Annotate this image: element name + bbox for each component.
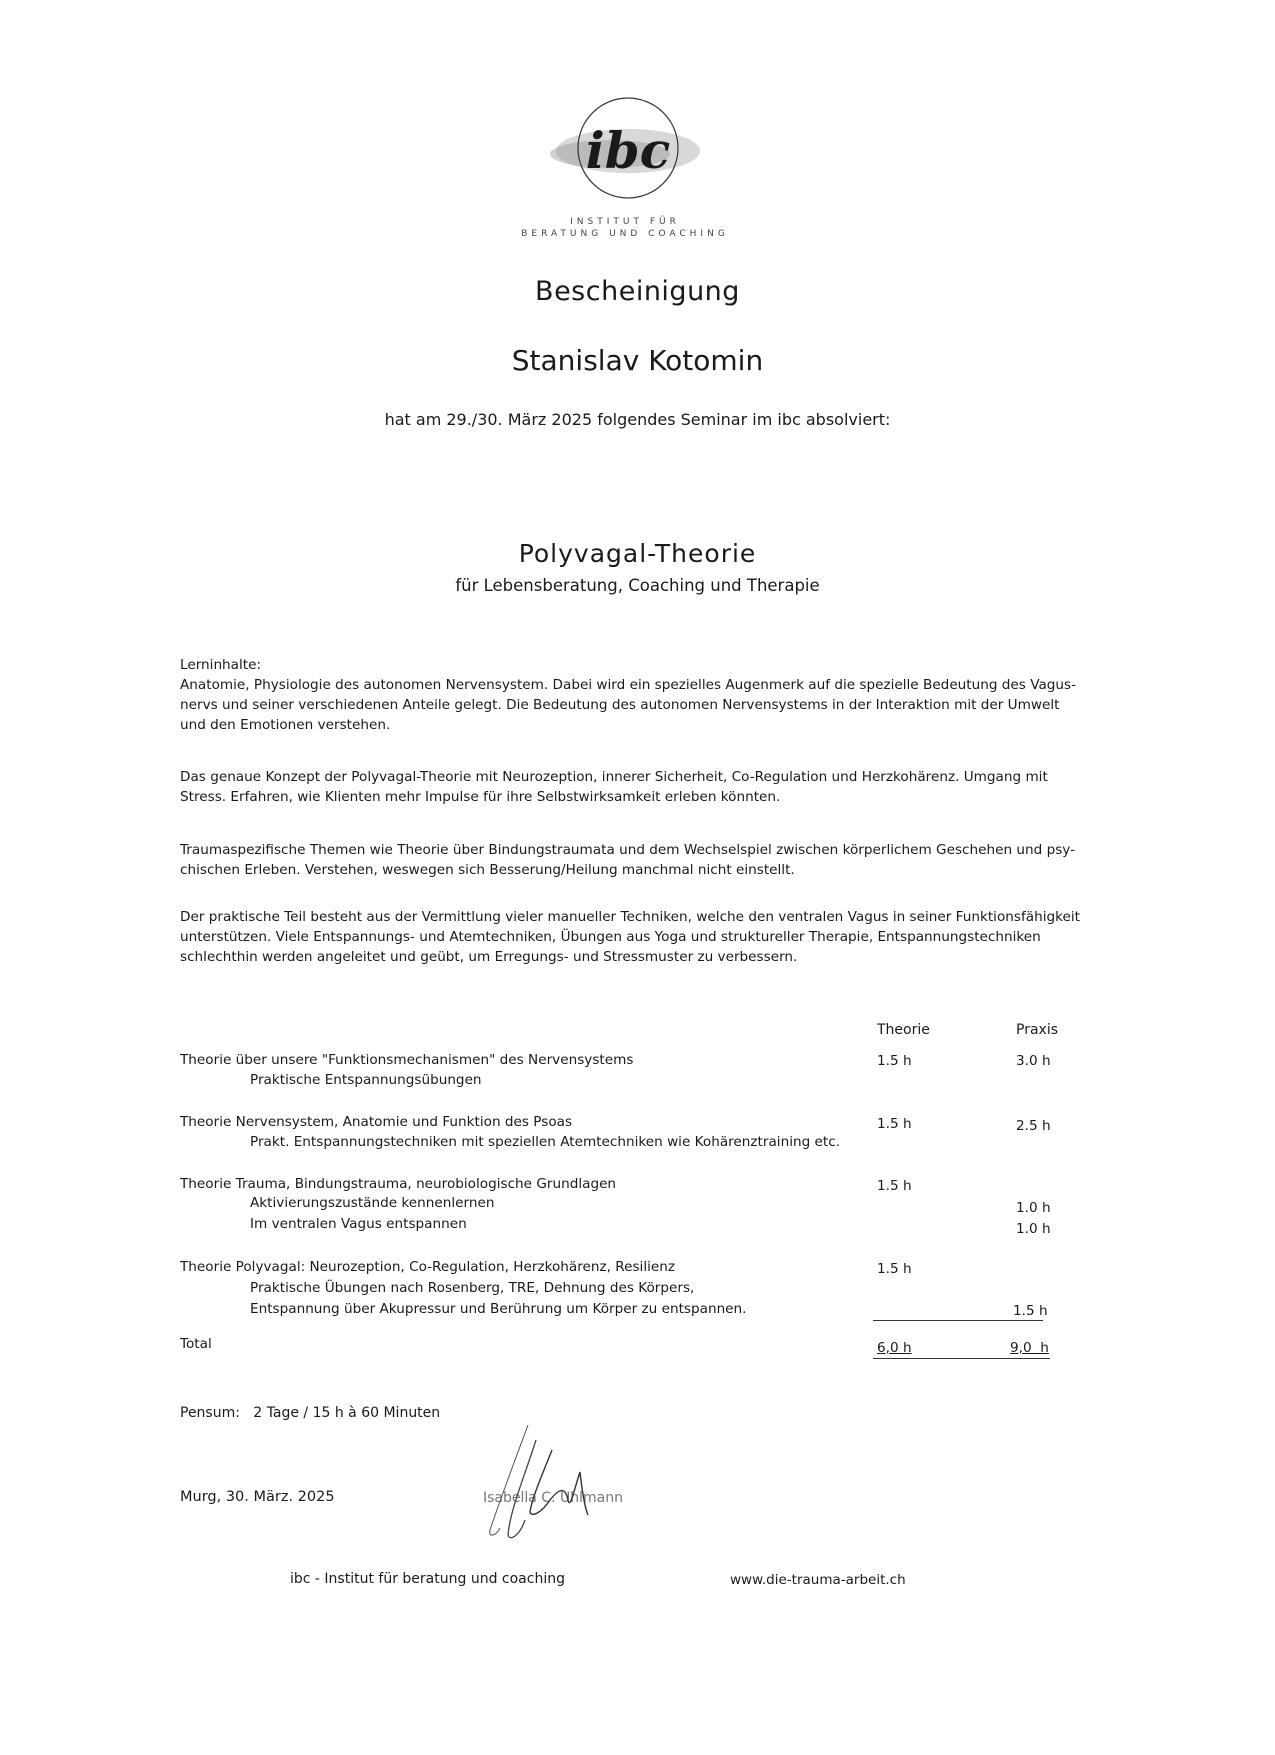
column-header-theorie: Theorie: [877, 1022, 930, 1038]
course-subtitle: für Lebensberatung, Coaching und Therapi…: [0, 576, 1275, 595]
logo-subtitle: INSTITUT FÜR BERATUNG UND COACHING: [480, 216, 770, 240]
content-paragraph: Der praktische Teil besteht aus der Verm…: [180, 907, 1080, 967]
total-praxis: 9,0 h: [1010, 1340, 1049, 1356]
certificate-title: Bescheinigung: [0, 276, 1275, 307]
table-cell-praxis: 1.0 h: [1016, 1200, 1051, 1216]
subtotal-rule: [873, 1320, 1043, 1321]
content-paragraph: Anatomie, Physiologie des autonomen Nerv…: [180, 675, 1080, 735]
table-row: Prakt. Entspannungstechniken mit speziel…: [250, 1134, 840, 1150]
content-heading: Lerninhalte:: [180, 655, 1080, 675]
intro-text: hat am 29./30. März 2025 folgendes Semin…: [0, 410, 1275, 429]
place-date: Murg, 30. März. 2025: [180, 1489, 335, 1505]
content-paragraph: Traumaspezifische Themen wie Theorie übe…: [180, 840, 1080, 880]
table-cell-theorie: 1.5 h: [877, 1053, 912, 1069]
column-header-praxis: Praxis: [1016, 1022, 1058, 1038]
table-cell-praxis: 3.0 h: [1016, 1053, 1051, 1069]
table-row: Entspannung über Akupressur und Berührun…: [250, 1301, 746, 1317]
table-cell-praxis: 1.5 h: [1013, 1303, 1048, 1319]
logo-subtitle-line1: INSTITUT FÜR: [480, 216, 770, 228]
table-row: Im ventralen Vagus entspannen: [250, 1216, 467, 1232]
handwritten-signature: [470, 1420, 630, 1550]
table-cell-praxis: 1.0 h: [1016, 1221, 1051, 1237]
table-cell-theorie: 1.5 h: [877, 1116, 912, 1132]
footer-website[interactable]: www.die-trauma-arbeit.ch: [730, 1572, 906, 1588]
footer-institute: ibc - Institut für beratung und coaching: [290, 1571, 565, 1587]
total-label: Total: [180, 1336, 212, 1352]
table-row: Praktische Entspannungsübungen: [250, 1072, 482, 1088]
table-row: Theorie Polyvagal: Neurozeption, Co-Regu…: [180, 1259, 675, 1275]
total-theorie: 6,0 h: [877, 1340, 912, 1356]
total-rule: [873, 1358, 1050, 1359]
table-row: Theorie Trauma, Bindungstrauma, neurobio…: [180, 1176, 616, 1192]
content-section-1: Lerninhalte: Anatomie, Physiologie des a…: [180, 655, 1080, 735]
svg-text:ibc: ibc: [586, 121, 670, 180]
pensum: Pensum: 2 Tage / 15 h à 60 Minuten: [180, 1405, 440, 1421]
content-paragraph: Das genaue Konzept der Polyvagal-Theorie…: [180, 767, 1080, 807]
table-row: Theorie Nervensystem, Anatomie und Funkt…: [180, 1114, 572, 1130]
table-cell-theorie: 1.5 h: [877, 1178, 912, 1194]
table-row: Aktivierungszustände kennenlernen: [250, 1195, 494, 1211]
table-row: Theorie über unsere "Funktionsmechanisme…: [180, 1052, 633, 1068]
table-cell-theorie: 1.5 h: [877, 1261, 912, 1277]
course-title: Polyvagal-Theorie: [0, 539, 1275, 568]
table-cell-praxis: 2.5 h: [1016, 1118, 1051, 1134]
recipient-name: Stanislav Kotomin: [0, 344, 1275, 377]
table-row: Praktische Übungen nach Rosenberg, TRE, …: [250, 1280, 694, 1296]
logo-subtitle-line2: BERATUNG UND COACHING: [480, 228, 770, 240]
